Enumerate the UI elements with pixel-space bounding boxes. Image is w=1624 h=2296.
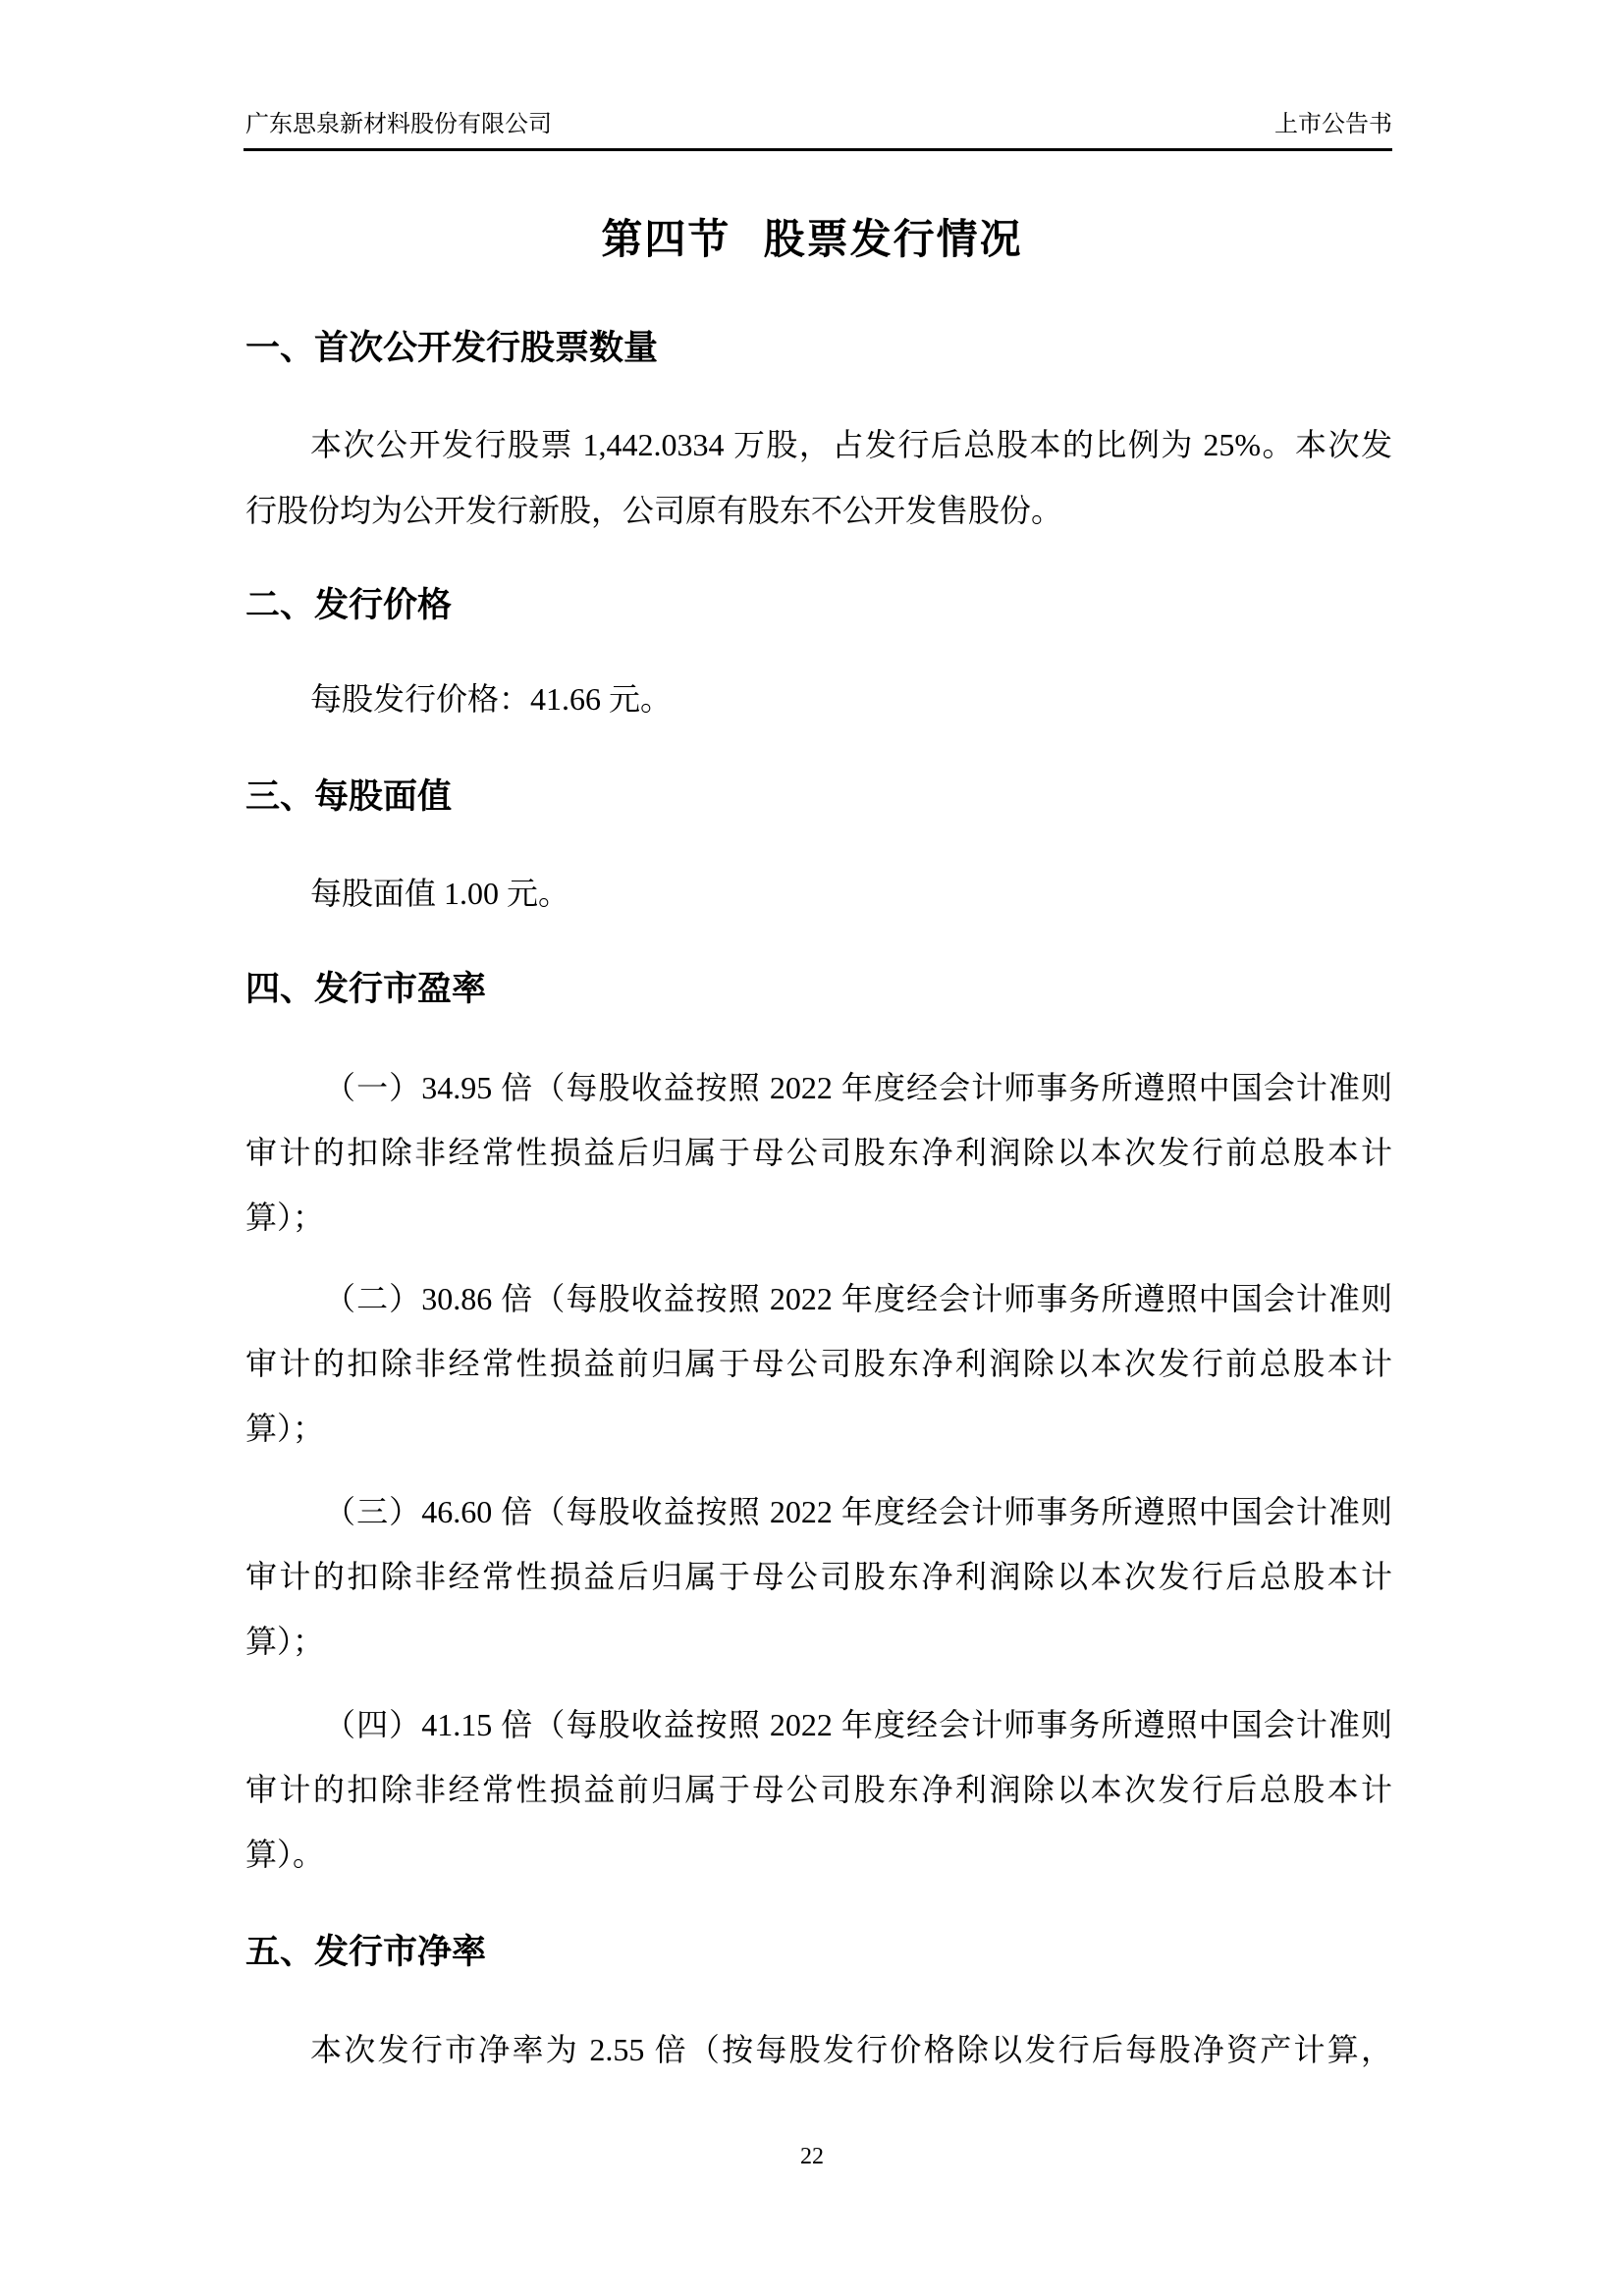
- paragraph-line: 每股面值 1.00 元。: [310, 872, 1392, 915]
- pe-item-3-line: 算）；: [245, 1620, 1392, 1663]
- chapter-title: 第四节 股票发行情况: [0, 212, 1624, 267]
- section-heading-pb-ratio: 五、发行市净率: [245, 1930, 486, 1975]
- pe-item-2-line: 算）；: [245, 1407, 1392, 1450]
- section-heading-issue-price: 二、发行价格: [245, 583, 452, 628]
- pe-item-4-line: （四）41.15 倍（每股收益按照 2022 年度经会计师事务所遵照中国会计准则: [324, 1703, 1392, 1746]
- pe-item-4-line: 算）。: [245, 1833, 1392, 1876]
- pe-item-1-line: 审计的扣除非经常性损益后归属于母公司股东净利润除以本次发行前总股本计: [245, 1131, 1392, 1174]
- pe-item-4-line: 审计的扣除非经常性损益前归属于母公司股东净利润除以本次发行后总股本计: [245, 1768, 1392, 1811]
- paragraph-line: 每股发行价格：41.66 元。: [310, 677, 1392, 721]
- pe-item-1-line: 算）；: [245, 1196, 1392, 1239]
- pe-item-3-line: （三）46.60 倍（每股收益按照 2022 年度经会计师事务所遵照中国会计准则: [324, 1490, 1392, 1533]
- pe-item-1-line: （一）34.95 倍（每股收益按照 2022 年度经会计师事务所遵照中国会计准则: [324, 1066, 1392, 1109]
- pe-item-2-line: （二）30.86 倍（每股收益按照 2022 年度经会计师事务所遵照中国会计准则: [324, 1277, 1392, 1320]
- section-heading-pe-ratio: 四、发行市盈率: [245, 967, 486, 1012]
- header-document-type: 上市公告书: [1274, 110, 1392, 139]
- header-rule: [244, 148, 1392, 151]
- pe-item-3-line: 审计的扣除非经常性损益后归属于母公司股东净利润除以本次发行后总股本计: [245, 1555, 1392, 1598]
- paragraph-line: 本次发行市净率为 2.55 倍（按每股发行价格除以发行后每股净资产计算，: [310, 2028, 1392, 2071]
- page-number: 22: [0, 2142, 1624, 2171]
- pe-item-2-line: 审计的扣除非经常性损益前归属于母公司股东净利润除以本次发行前总股本计: [245, 1342, 1392, 1385]
- paragraph-line: 行股份均为公开发行新股，公司原有股东不公开发售股份。: [245, 489, 1392, 532]
- section-heading-par-value: 三、每股面值: [245, 774, 452, 820]
- paragraph-line: 本次公开发行股票 1,442.0334 万股，占发行后总股本的比例为 25%。本…: [310, 423, 1392, 466]
- section-heading-issue-quantity: 一、首次公开发行股票数量: [245, 326, 658, 371]
- header-company-name: 广东思泉新材料股份有限公司: [245, 110, 552, 139]
